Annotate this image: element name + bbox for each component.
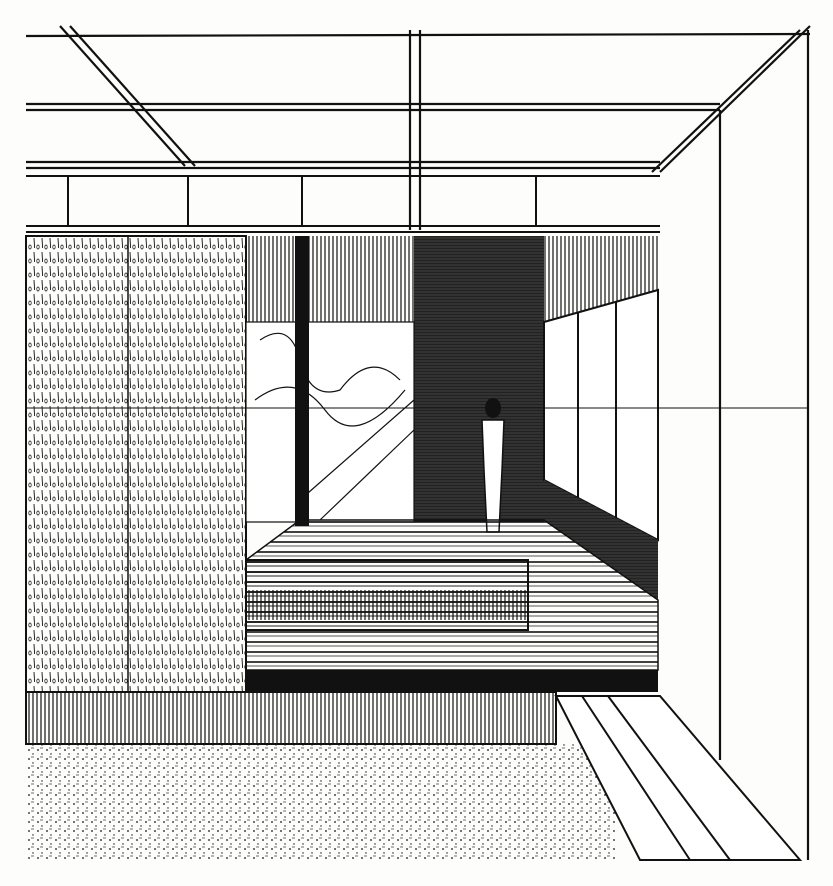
left-screen-wall bbox=[26, 236, 246, 692]
right-pier bbox=[720, 30, 808, 860]
foreground-railing bbox=[26, 692, 556, 744]
dark-rear-wall bbox=[414, 236, 544, 522]
architectural-sketch bbox=[0, 0, 833, 886]
inner-courtyard-window bbox=[246, 322, 414, 522]
clerestory-windows bbox=[26, 176, 660, 232]
left-column bbox=[295, 236, 309, 526]
foreground-pond bbox=[26, 744, 616, 860]
ceiling-grid bbox=[26, 26, 810, 230]
